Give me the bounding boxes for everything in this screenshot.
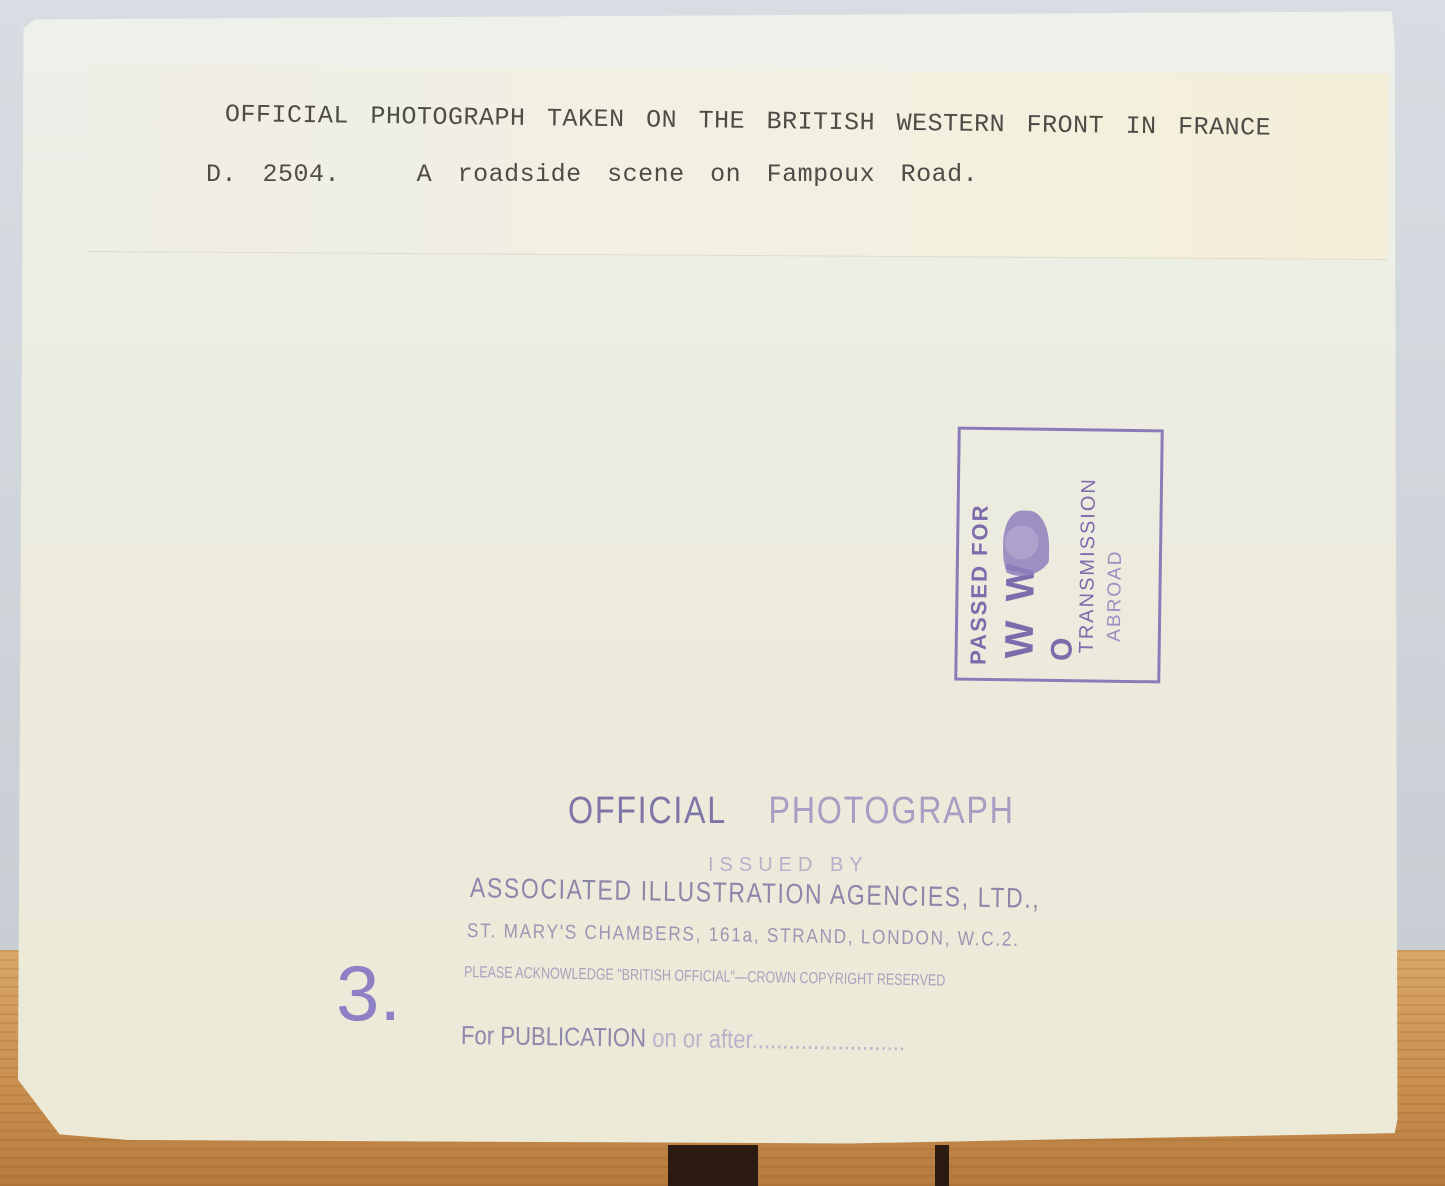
publisher-issued-by: ISSUED BY (708, 854, 869, 877)
royal-crest-icon (1003, 510, 1050, 591)
publication-date-line: For PUBLICATION on or after.............… (461, 1020, 905, 1057)
censor-stamp: PASSED FOR W W O TRANSMISSION ABROAD (954, 427, 1164, 684)
publisher-stamp-title: OFFICIAL PHOTOGRAPH (568, 790, 1015, 833)
stamped-number: 3. (336, 948, 401, 1039)
wood-gap-shadow (935, 1145, 949, 1186)
title-official: OFFICIAL (568, 790, 726, 832)
publication-suffix: on or after......................... (652, 1023, 905, 1057)
caption-line: D. 2504. A roadside scene on Fampoux Roa… (206, 160, 978, 189)
stamp-abroad: ABROAD (1104, 549, 1127, 642)
photo-reference-number: D. 2504. (206, 160, 340, 189)
photo-description: A roadside scene on Fampoux Road. (417, 160, 979, 189)
wood-gap-shadow (668, 1145, 758, 1186)
publication-label: For PUBLICATION (461, 1020, 646, 1053)
title-photograph: PHOTOGRAPH (768, 790, 1014, 832)
stamp-passed-for: PASSED FOR (965, 503, 993, 665)
stamp-transmission: TRANSMISSION (1076, 477, 1101, 654)
